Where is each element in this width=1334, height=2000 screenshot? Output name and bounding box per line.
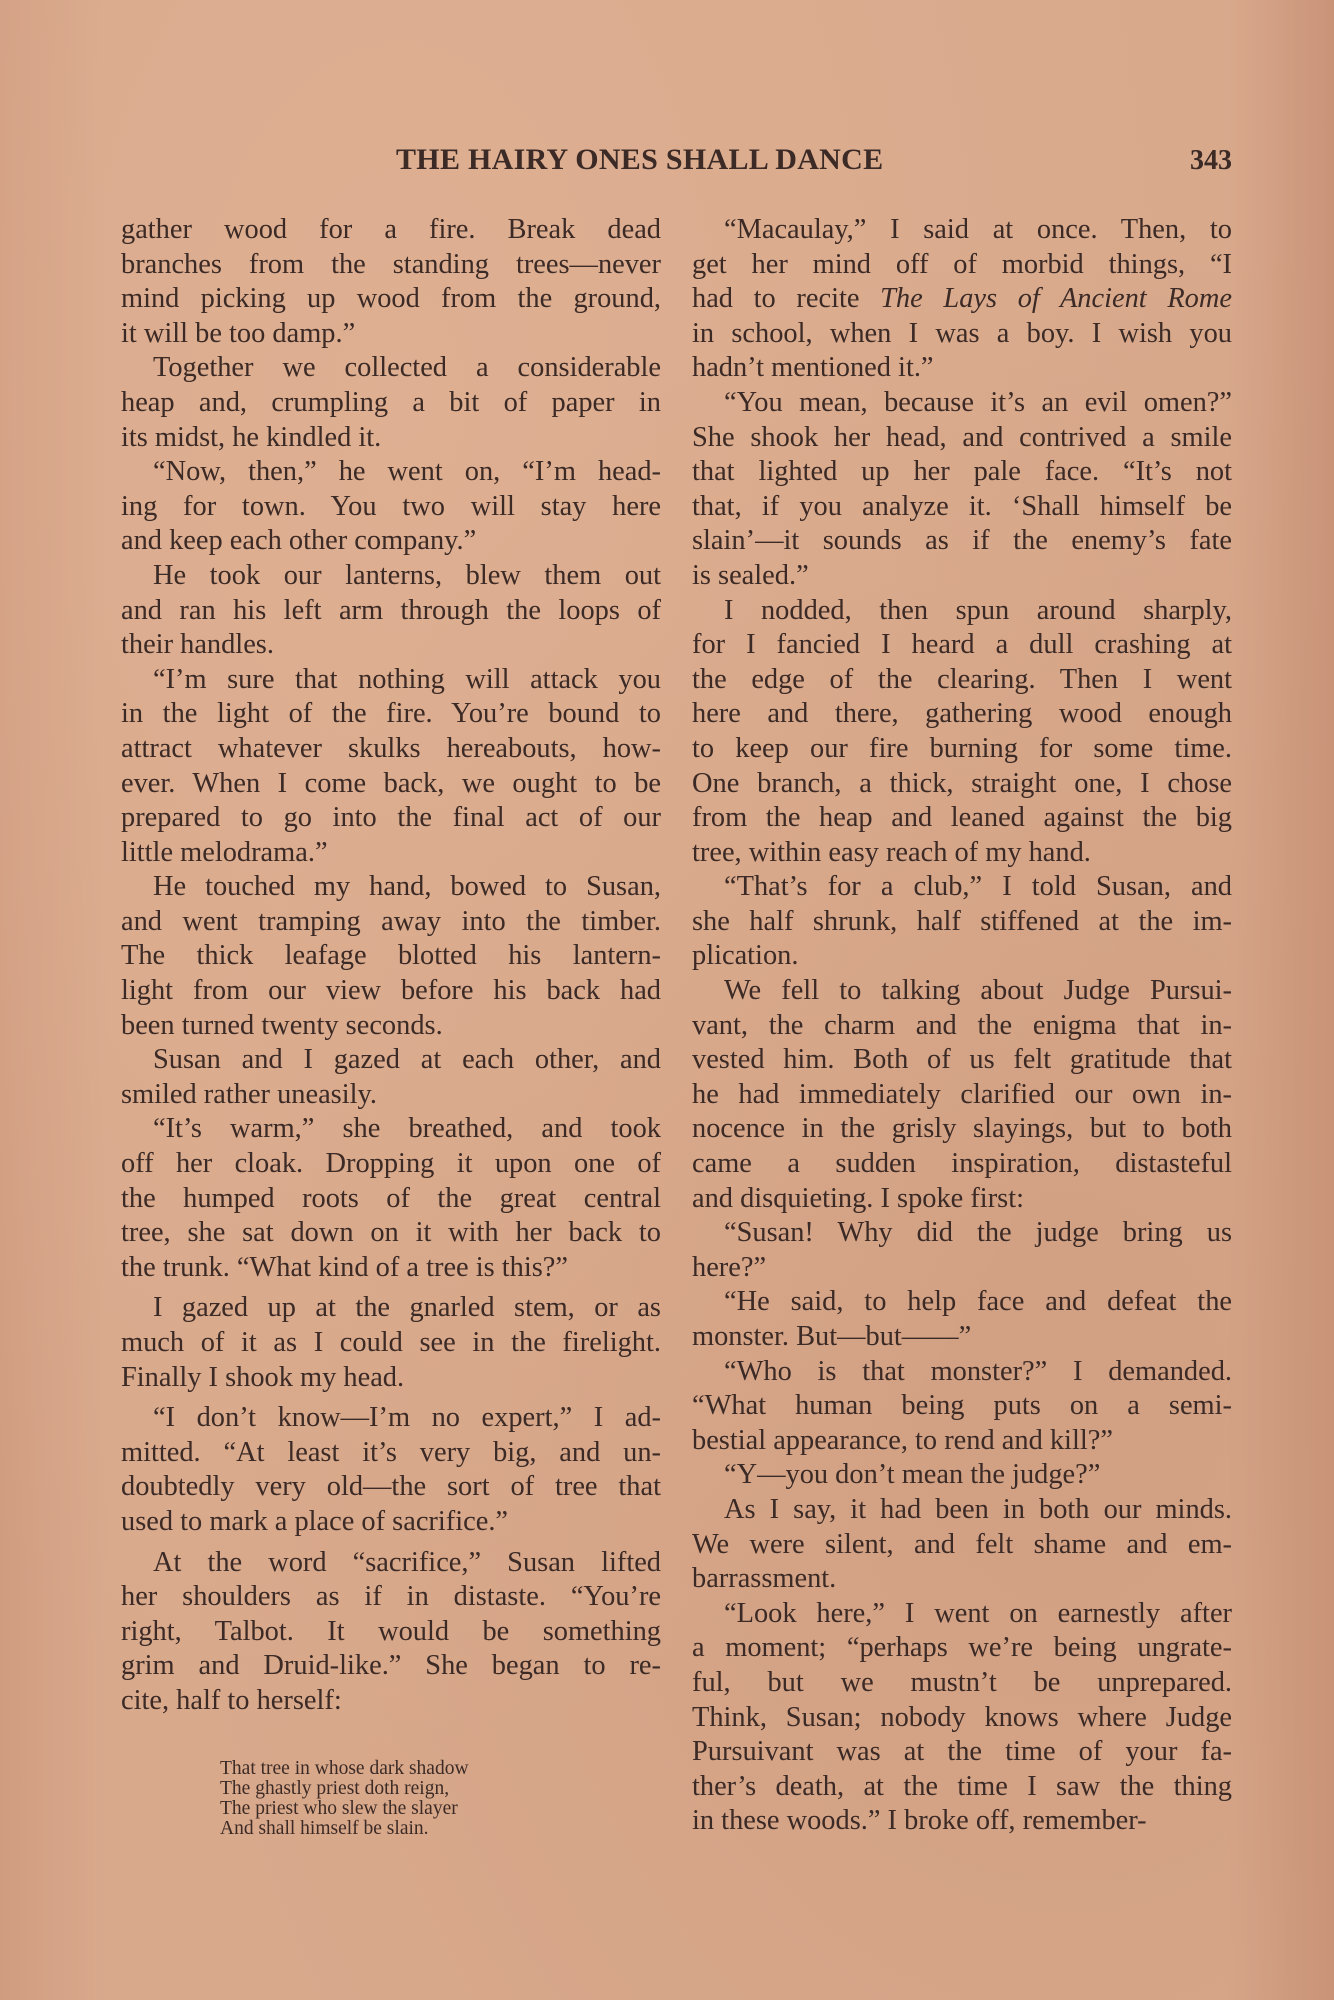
text-line: here and there, gathering wood enough bbox=[692, 697, 1232, 732]
text-line: Pursuivant was at the time of your fa- bbox=[692, 1735, 1232, 1770]
text-line: “I don’t know—I’m no expert,” I ad- bbox=[121, 1401, 661, 1436]
text-line: vant, the charm and the enigma that in- bbox=[692, 1009, 1232, 1044]
text-line: to keep our fire burning for some time. bbox=[692, 732, 1232, 767]
text-line: “What human being puts on a semi- bbox=[692, 1389, 1232, 1424]
text-line: little melodrama.” bbox=[121, 836, 661, 871]
text-line: Think, Susan; nobody knows where Judge bbox=[692, 1701, 1232, 1736]
text-line: their handles. bbox=[121, 628, 661, 663]
paragraph: Susan and I gazed at each other, andsmil… bbox=[121, 1043, 661, 1112]
text-line: grim and Druid-like.” She began to re- bbox=[121, 1649, 661, 1684]
text-line: is sealed.” bbox=[692, 559, 1232, 594]
paragraph: “Susan! Why did the judge bring ushere?” bbox=[692, 1216, 1232, 1285]
text-line: off her cloak. Dropping it upon one of bbox=[121, 1147, 661, 1182]
text-line: monster. But—but——” bbox=[692, 1320, 1232, 1355]
text-line: much of it as I could see in the firelig… bbox=[121, 1326, 661, 1361]
text-line: and keep each other company.” bbox=[121, 524, 661, 559]
text-line: She shook her head, and contrived a smil… bbox=[692, 421, 1232, 456]
text-line: “Who is that monster?” I demanded. bbox=[692, 1355, 1232, 1390]
text-line: “Look here,” I went on earnestly after bbox=[692, 1597, 1232, 1632]
text-line: get her mind off of morbid things, “I bbox=[692, 248, 1232, 283]
text-line: attract whatever skulks hereabouts, how- bbox=[121, 732, 661, 767]
text-line: As I say, it had been in both our minds. bbox=[692, 1493, 1232, 1528]
paragraph: “Y—you don’t mean the judge?” bbox=[692, 1458, 1232, 1493]
text-line: ful, but we mustn’t be unprepared. bbox=[692, 1666, 1232, 1701]
verse-line: That tree in whose dark shadow bbox=[220, 1759, 661, 1779]
text-line: in the light of the fire. You’re bound t… bbox=[121, 697, 661, 732]
text-line: I gazed up at the gnarled stem, or as bbox=[121, 1291, 661, 1326]
text-line: ing for town. You two will stay here bbox=[121, 490, 661, 525]
paragraph: “Now, then,” he went on, “I’m head-ing f… bbox=[121, 455, 661, 559]
paragraph: “Who is that monster?” I demanded.“What … bbox=[692, 1355, 1232, 1459]
text-line: that lighted up her pale face. “It’s not bbox=[692, 455, 1232, 490]
text-line: the trunk. “What kind of a tree is this?… bbox=[121, 1251, 661, 1286]
verse-line: And shall himself be slain. bbox=[220, 1819, 661, 1839]
verse-line: The ghastly priest doth reign, bbox=[220, 1779, 661, 1799]
text-line: “Susan! Why did the judge bring us bbox=[692, 1216, 1232, 1251]
running-head: THE HAIRY ONES SHALL DANCE 343 bbox=[118, 143, 1232, 183]
text-line: in school, when I was a boy. I wish you bbox=[692, 317, 1232, 352]
text-line: she half shrunk, half stiffened at the i… bbox=[692, 905, 1232, 940]
text-line: nocence in the grisly slayings, but to b… bbox=[692, 1112, 1232, 1147]
paragraph: gather wood for a fire. Break deadbranch… bbox=[121, 213, 661, 351]
paragraph: “I don’t know—I’m no expert,” I ad-mitte… bbox=[121, 1401, 661, 1539]
paragraph: “Look here,” I went on earnestly aftera … bbox=[692, 1597, 1232, 1839]
paragraph: He touched my hand, bowed to Susan,and w… bbox=[121, 870, 661, 1043]
text-line: “I’m sure that nothing will attack you bbox=[121, 663, 661, 698]
text-line: the humped roots of the great central bbox=[121, 1182, 661, 1217]
text-line: smiled rather uneasily. bbox=[121, 1078, 661, 1113]
text-line: We were silent, and felt shame and em- bbox=[692, 1528, 1232, 1563]
text-line: Together we collected a considerable bbox=[121, 351, 661, 386]
text-line: here?” bbox=[692, 1251, 1232, 1286]
text-line: “Macaulay,” I said at once. Then, to bbox=[692, 213, 1232, 248]
paragraph: “He said, to help face and defeat themon… bbox=[692, 1285, 1232, 1354]
text-line: barrassment. bbox=[692, 1562, 1232, 1597]
text-line: plication. bbox=[692, 939, 1232, 974]
text-line: her shoulders as if in distaste. “You’re bbox=[121, 1580, 661, 1615]
running-title: THE HAIRY ONES SHALL DANCE bbox=[396, 143, 883, 177]
paragraph: “Macaulay,” I said at once. Then, toget … bbox=[692, 213, 1232, 386]
text-line: heap and, crumpling a bit of paper in bbox=[121, 386, 661, 421]
text-line: “It’s warm,” she breathed, and took bbox=[121, 1112, 661, 1147]
text-line: used to mark a place of sacrifice.” bbox=[121, 1505, 661, 1540]
left-column: gather wood for a fire. Break deadbranch… bbox=[121, 213, 661, 1839]
text-line: gather wood for a fire. Break dead bbox=[121, 213, 661, 248]
text-line: tree, she sat down on it with her back t… bbox=[121, 1216, 661, 1251]
paragraph: “That’s for a club,” I told Susan, andsh… bbox=[692, 870, 1232, 974]
text-line: hadn’t mentioned it.” bbox=[692, 351, 1232, 386]
text-line: had to recite The Lays of Ancient Rome bbox=[692, 282, 1232, 317]
text-line: came a sudden inspiration, distasteful bbox=[692, 1147, 1232, 1182]
text-line: bestial appearance, to rend and kill?” bbox=[692, 1424, 1232, 1459]
text-line: He touched my hand, bowed to Susan, bbox=[121, 870, 661, 905]
text-line: The thick leafage blotted his lantern- bbox=[121, 939, 661, 974]
book-title-italic: The Lays of Ancient Rome bbox=[880, 283, 1232, 314]
text-line: it will be too damp.” bbox=[121, 317, 661, 352]
paragraph: As I say, it had been in both our minds.… bbox=[692, 1493, 1232, 1597]
text-line: branches from the standing trees—never bbox=[121, 248, 661, 283]
paragraph: He took our lanterns, blew them outand r… bbox=[121, 559, 661, 663]
verse-quotation: That tree in whose dark shadowThe ghastl… bbox=[220, 1759, 661, 1839]
text-line: slain’—it sounds as if the enemy’s fate bbox=[692, 524, 1232, 559]
text-line: Susan and I gazed at each other, and bbox=[121, 1043, 661, 1078]
text-line: ther’s death, at the time I saw the thin… bbox=[692, 1770, 1232, 1805]
paragraph: We fell to talking about Judge Pursui-va… bbox=[692, 974, 1232, 1216]
text-line: He took our lanterns, blew them out bbox=[121, 559, 661, 594]
text-line: mind picking up wood from the ground, bbox=[121, 282, 661, 317]
paragraph: “It’s warm,” she breathed, and tookoff h… bbox=[121, 1112, 661, 1285]
text-line: Finally I shook my head. bbox=[121, 1361, 661, 1396]
text-line: been turned twenty seconds. bbox=[121, 1009, 661, 1044]
paragraph: “You mean, because it’s an evil omen?”Sh… bbox=[692, 386, 1232, 594]
page-number: 343 bbox=[1190, 145, 1232, 177]
text-line: light from our view before his back had bbox=[121, 974, 661, 1009]
right-column: “Macaulay,” I said at once. Then, toget … bbox=[692, 213, 1232, 1839]
text-line: in these woods.” I broke off, remember- bbox=[692, 1804, 1232, 1839]
text-line: its midst, he kindled it. bbox=[121, 421, 661, 456]
text-line: he had immediately clarified our own in- bbox=[692, 1078, 1232, 1113]
paragraph: At the word “sacrifice,” Susan liftedher… bbox=[121, 1546, 661, 1719]
paragraph: “I’m sure that nothing will attack youin… bbox=[121, 663, 661, 871]
text-line: “Now, then,” he went on, “I’m head- bbox=[121, 455, 661, 490]
text-line: the edge of the clearing. Then I went bbox=[692, 663, 1232, 698]
text-line: a moment; “perhaps we’re being ungrate- bbox=[692, 1631, 1232, 1666]
text-line: from the heap and leaned against the big bbox=[692, 801, 1232, 836]
text-line: mitted. “At least it’s very big, and un- bbox=[121, 1436, 661, 1471]
text-line: At the word “sacrifice,” Susan lifted bbox=[121, 1546, 661, 1581]
text-line: “Y—you don’t mean the judge?” bbox=[692, 1458, 1232, 1493]
text-line: for I fancied I heard a dull crashing at bbox=[692, 628, 1232, 663]
text-line: and disquieting. I spoke first: bbox=[692, 1182, 1232, 1217]
text-line: vested him. Both of us felt gratitude th… bbox=[692, 1043, 1232, 1078]
text-line: prepared to go into the final act of our bbox=[121, 801, 661, 836]
text-line: and ran his left arm through the loops o… bbox=[121, 594, 661, 629]
text-line: tree, within easy reach of my hand. bbox=[692, 836, 1232, 871]
text-line: doubtedly very old—the sort of tree that bbox=[121, 1470, 661, 1505]
paragraph: Together we collected a considerableheap… bbox=[121, 351, 661, 455]
verse-line: The priest who slew the slayer bbox=[220, 1799, 661, 1819]
text-line: “You mean, because it’s an evil omen?” bbox=[692, 386, 1232, 421]
text-line: One branch, a thick, straight one, I cho… bbox=[692, 767, 1232, 802]
text-line: ever. When I come back, we ought to be bbox=[121, 767, 661, 802]
text-line: “That’s for a club,” I told Susan, and bbox=[692, 870, 1232, 905]
text-line: cite, half to herself: bbox=[121, 1684, 661, 1719]
text-line: and went tramping away into the timber. bbox=[121, 905, 661, 940]
paragraph: I nodded, then spun around sharply,for I… bbox=[692, 594, 1232, 871]
text-line: that, if you analyze it. ‘Shall himself … bbox=[692, 490, 1232, 525]
text-line: We fell to talking about Judge Pursui- bbox=[692, 974, 1232, 1009]
text-line: I nodded, then spun around sharply, bbox=[692, 594, 1232, 629]
paragraph: I gazed up at the gnarled stem, or asmuc… bbox=[121, 1291, 661, 1395]
text-line: “He said, to help face and defeat the bbox=[692, 1285, 1232, 1320]
text-line: right, Talbot. It would be something bbox=[121, 1615, 661, 1650]
